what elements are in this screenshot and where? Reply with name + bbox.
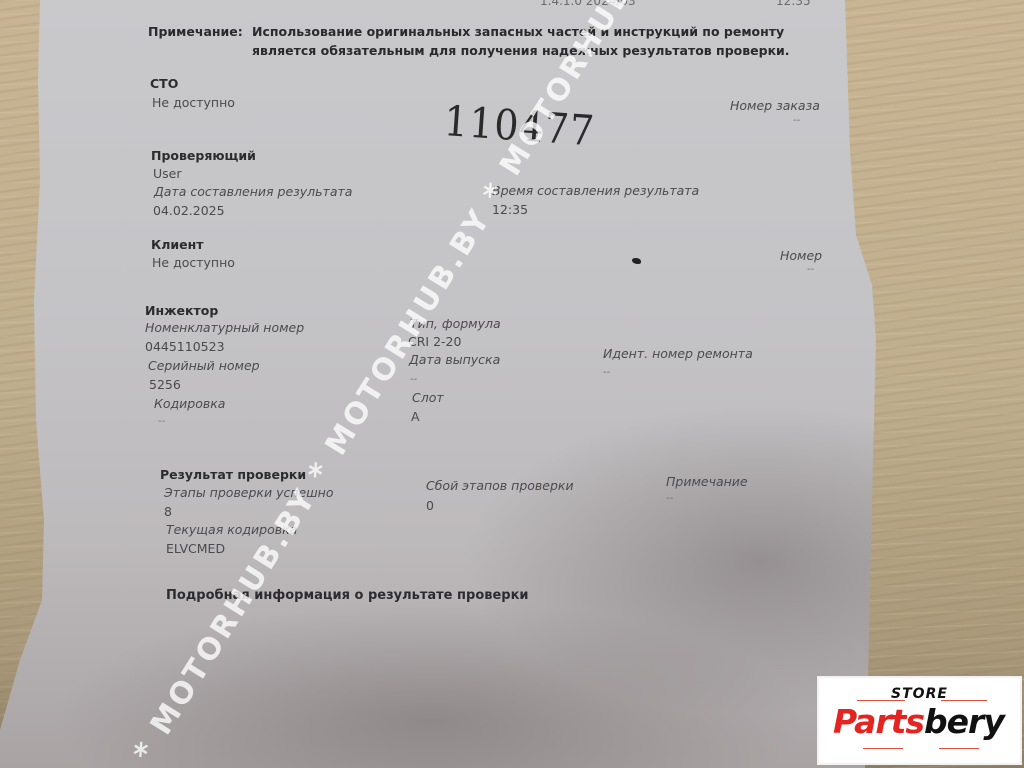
logo-line-bottom-right [939,748,979,749]
client-number-value: -- [807,264,814,275]
logo-brand-text: Partsbery [833,702,1004,741]
inspector-title: Проверяющий [151,148,256,163]
slot-label: Слот [412,390,444,405]
part-number-value: 0445110523 [145,339,225,354]
failed-steps-value: 0 [426,498,434,513]
slot-value: A [411,409,420,424]
partsbery-store-logo: STORE Partsbery [819,678,1020,763]
repair-id-value: -- [603,367,610,378]
result-date-label: Дата составления результата [154,184,352,199]
logo-line-bottom-left [863,748,903,749]
order-number-value: -- [793,115,800,126]
logo-store-text: STORE [819,686,1020,702]
current-coding-value: ELVCMED [166,541,225,556]
release-date-label: Дата выпуска [409,352,500,367]
repair-id-label: Идент. номер ремонта [603,346,753,361]
release-date-value: -- [410,374,417,385]
failed-steps-label: Сбой этапов проверки [426,478,574,493]
note-line-1: Использование оригинальных запасных част… [252,24,784,39]
result-title: Результат проверки [160,467,306,482]
part-number-label: Номенклатурный номер [145,320,304,335]
client-value: Не доступно [152,255,235,270]
result-note-label: Примечание [666,474,748,489]
note-label: Примечание: [148,24,243,39]
result-date-value: 04.02.2025 [153,203,225,218]
sto-title: СТО [150,76,178,91]
header-time: 12:35 [776,0,811,8]
serial-number-label: Серийный номер [148,358,260,373]
sto-value: Не доступно [152,95,235,110]
note-line-2: является обязательным для получения наде… [252,43,790,58]
client-title: Клиент [151,237,204,252]
client-number-label: Номер [780,248,822,263]
result-time-label: Время составления результата [492,183,699,198]
inspector-value: User [153,166,182,181]
logo-brand-black: bery [924,702,1004,741]
order-number-label: Номер заказа [730,98,820,113]
serial-number-value: 5256 [149,377,181,392]
coding-value: -- [158,416,165,427]
injector-title: Инжектор [145,303,218,318]
result-note-value: -- [666,493,673,504]
coding-label: Кодировка [154,396,225,411]
motorhub-watermark: * MOTORHUB.BY * MOTORHUB.BY * MOTORHUB.B… [127,0,634,768]
logo-brand-red: Parts [833,702,924,741]
passed-steps-value: 8 [164,504,172,519]
ink-spot [632,258,641,264]
